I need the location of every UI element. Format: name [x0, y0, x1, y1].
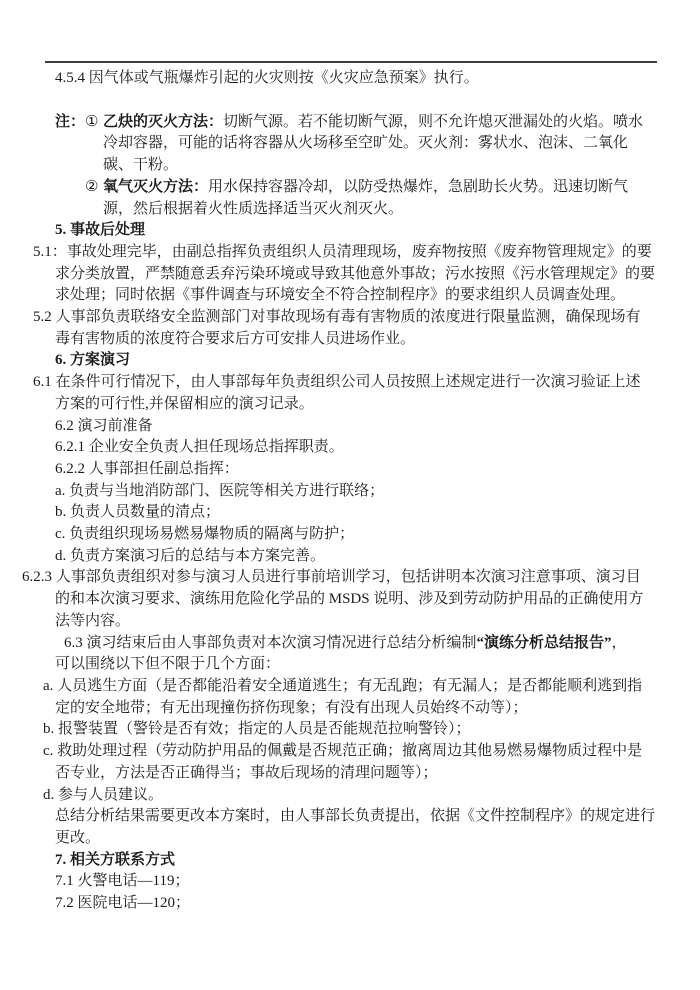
clause-6-3-comma: ， [612, 635, 627, 651]
document-content: 4.5.4 因气体或气瓶爆炸引起的火灾则按《火灾应急预案》执行。 注： ① 乙炔… [55, 68, 655, 915]
report-title-quote: “演练分析总结报告” [477, 635, 612, 651]
clause-6-2: 6.2 演习前准备 [55, 416, 655, 438]
note-item-oxygen: ② 氧气灭火方法：用水保持容器冷却，以防受热爆炸，急剧助长火势。迅速切断气源，然… [85, 177, 655, 220]
clause-5-1: 5.1：事故处理完毕，由副总指挥负责组织人员清理现场，废弃物按照《废弃物管理规定… [55, 242, 655, 307]
note-item-acetylene: ① 乙炔的灭火方法：切断气源。若不能切断气源，则不允许熄灭泄漏处的火焰。喷水冷却… [85, 112, 655, 177]
clause-5-2: 5.2 人事部负责联络安全监测部门对事故现场有毒有害物质的浓度进行限量监测，确保… [55, 307, 655, 350]
list-item-63-b: b. 报警装置（警铃是否有效；指定的人员是否能规范拉响警铃）； [55, 719, 655, 741]
circled-two-marker: ② [85, 177, 103, 220]
circled-one-marker: ① [85, 112, 103, 177]
note-items: ① 乙炔的灭火方法：切断气源。若不能切断气源，则不允许熄灭泄漏处的火焰。喷水冷却… [85, 112, 655, 221]
list-item-622-d: d. 负责方案演习后的总结与本方案完善。 [55, 546, 655, 568]
list-item-622-b: b. 负责人员数量的清点； [55, 502, 655, 524]
clause-6-2-3: 6.2.3 人事部负责组织对参与演习人员进行事前培训学习，包括讲明本次演习注意事… [55, 567, 655, 632]
clause-6-3-text: 6.3 演习结束后由人事部负责对本次演习情况进行总结分析编制 [64, 635, 477, 651]
list-item-63-a: a. 人员逃生方面（是否都能沿着安全通道逃生；有无乱跑；有无漏人；是否都能顺利逃… [55, 676, 655, 719]
header-rule [45, 61, 657, 63]
note-item-acetylene-title: 乙炔的灭火方法： [103, 114, 223, 130]
clause-7-2: 7.2 医院电话—120； [55, 893, 655, 915]
clause-6-2-1: 6.2.1 企业安全负责人担任现场总指挥职责。 [55, 437, 655, 459]
note-item-oxygen-title: 氧气灭火方法： [103, 179, 208, 195]
list-item-622-c: c. 负责组织现场易燃易爆物质的隔离与防护； [55, 524, 655, 546]
clause-6-3-line2: 可以围绕以下但不限于几个方面： [55, 656, 280, 672]
clause-6-1: 6.1 在条件可行情况下，由人事部每年负责组织公司人员按照上述规定进行一次演习验… [55, 372, 655, 415]
clause-6-3: 6.3 演习结束后由人事部负责对本次演习情况进行总结分析编制“演练分析总结报告”… [55, 633, 655, 676]
clause-4-5-4: 4.5.4 因气体或气瓶爆炸引起的火灾则按《火灾应急预案》执行。 [55, 68, 655, 90]
note-item-acetylene-text: 乙炔的灭火方法：切断气源。若不能切断气源，则不允许熄灭泄漏处的火焰。喷水冷却容器… [103, 112, 655, 177]
section-5-heading: 5. 事故后处理 [55, 220, 655, 242]
note-item-oxygen-text: 氧气灭火方法：用水保持容器冷却，以防受热爆炸，急剧助长火势。迅速切断气源，然后根… [103, 177, 655, 220]
list-item-622-a: a. 负责与当地消防部门、医院等相关方进行联络； [55, 481, 655, 503]
section-7-heading: 7. 相关方联系方式 [55, 850, 655, 872]
list-item-63-d: d. 参与人员建议。 [55, 785, 655, 807]
clause-6-2-2: 6.2.2 人事部担任副总指挥： [55, 459, 655, 481]
section-6-heading: 6. 方案演习 [55, 350, 655, 372]
clause-7-1: 7.1 火警电话—119； [55, 871, 655, 893]
note-label: 注： [55, 112, 85, 134]
list-item-63-c: c. 救助处理过程（劳动防护用品的佩戴是否规范正确；撤离周边其他易燃易爆物质过程… [55, 741, 655, 784]
note-block: 注： ① 乙炔的灭火方法：切断气源。若不能切断气源，则不允许熄灭泄漏处的火焰。喷… [55, 112, 655, 221]
document-page: 4.5.4 因气体或气瓶爆炸引起的火灾则按《火灾应急预案》执行。 注： ① 乙炔… [0, 0, 700, 990]
clause-6-3-summary: 总结分析结果需要更改本方案时，由人事部长负责提出，依据《文件控制程序》的规定进行… [55, 806, 655, 849]
